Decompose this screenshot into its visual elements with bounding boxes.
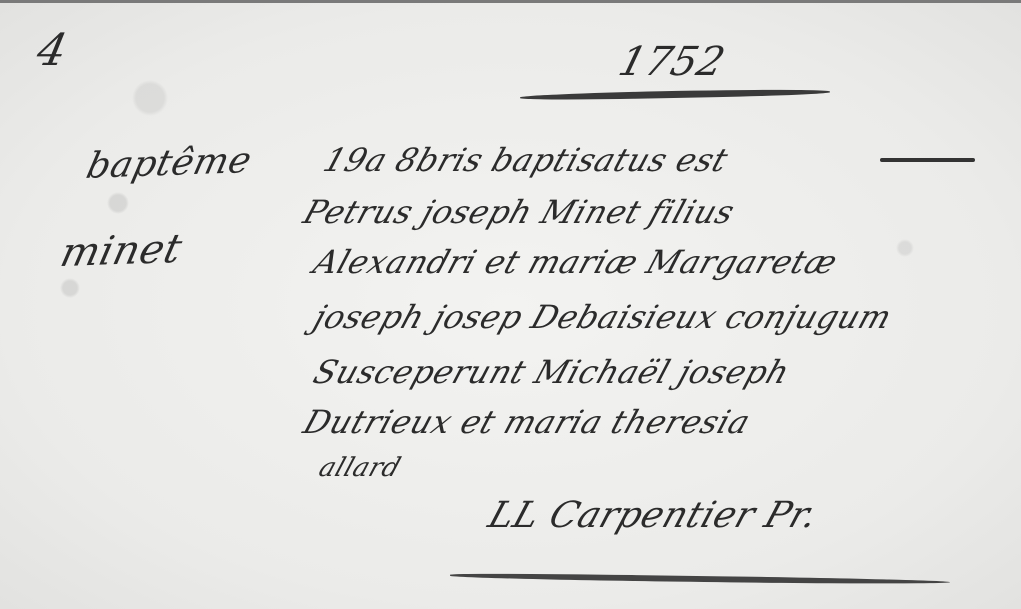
register-page: 4 1752 baptême minet 19a 8bris baptisatu…	[0, 0, 1021, 609]
year-underline	[520, 88, 830, 101]
page-number: 4	[33, 25, 72, 76]
entry-line-3: Alexandri et mariæ Margaretæ	[309, 243, 843, 281]
line-filler-stroke	[880, 158, 975, 162]
margin-entry-type: baptême	[83, 140, 256, 187]
entry-line-2: Petrus joseph Minet filius	[299, 193, 740, 231]
entry-line-5: Susceperunt Michaël joseph	[309, 353, 795, 391]
entry-line-4: joseph josep Debaisieux conjugum	[309, 298, 897, 336]
margin-surname: minet	[56, 226, 186, 276]
year-heading: 1752	[614, 39, 730, 85]
signature-underline	[450, 573, 950, 586]
priest-signature: LL Carpentier Pr.	[483, 495, 823, 536]
entry-line-6: Dutrieux et maria theresia	[299, 403, 755, 441]
entry-line-1: 19a 8bris baptisatus est	[319, 141, 733, 179]
entry-line-7: allard	[315, 453, 404, 483]
